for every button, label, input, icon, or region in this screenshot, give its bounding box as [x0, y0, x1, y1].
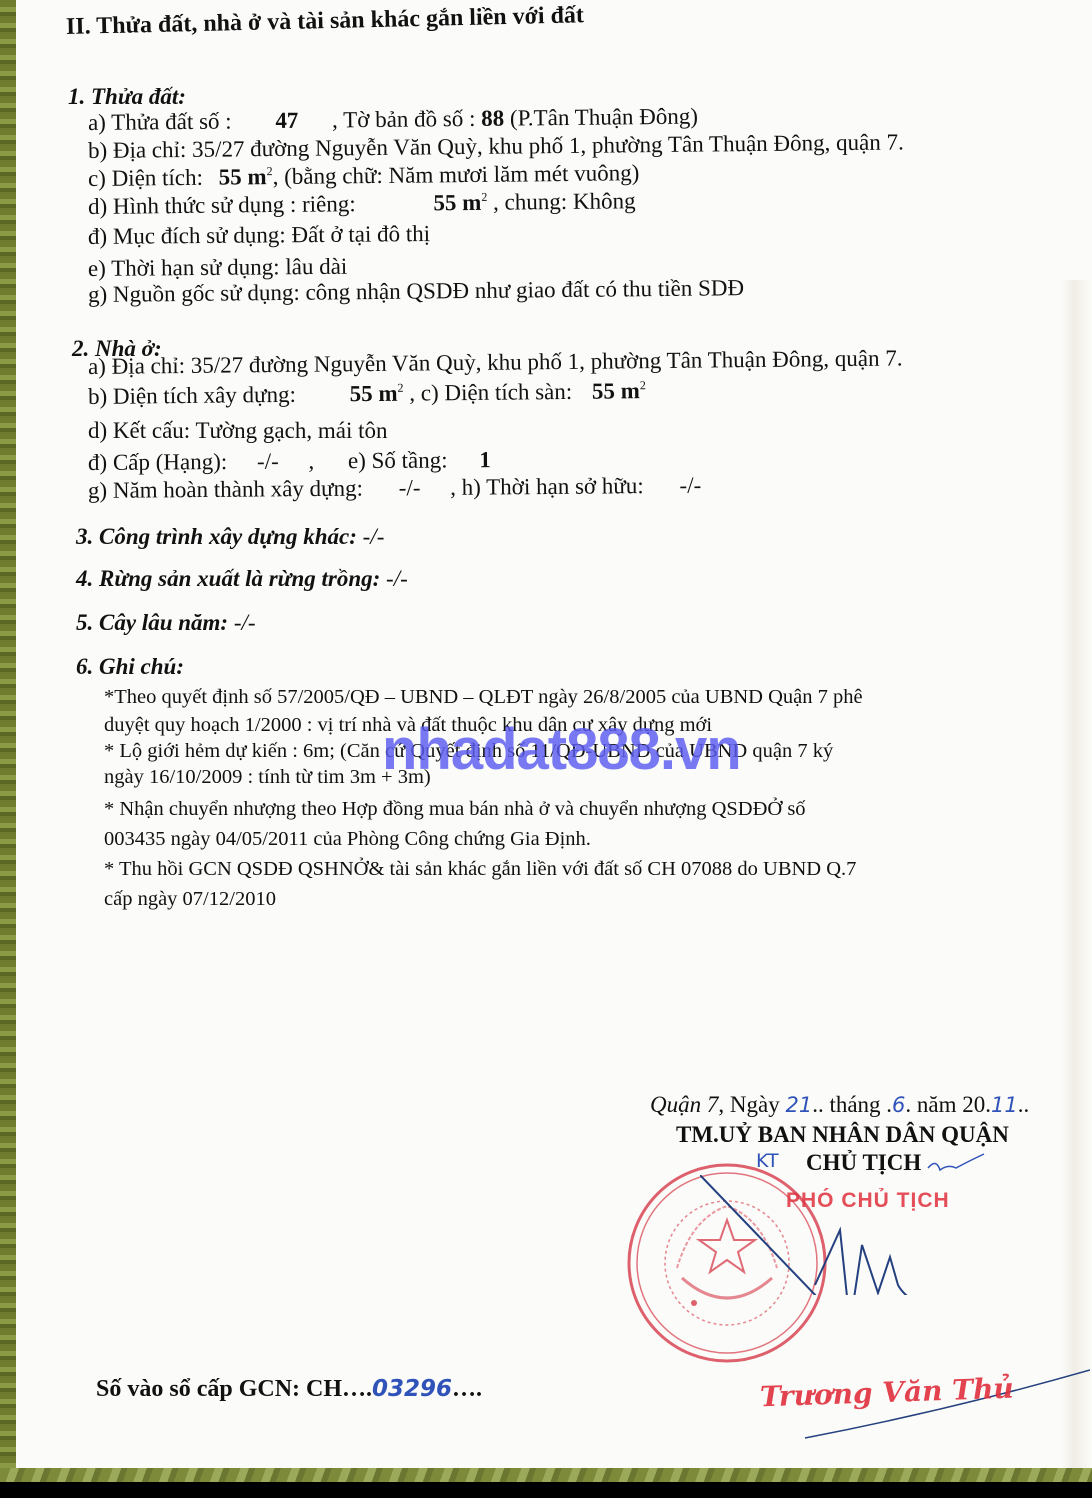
house-grade-floors: đ) Cấp (Hạng): -/- , e) Số tầng: 1 — [88, 447, 491, 476]
background-edge — [0, 0, 16, 1480]
signature-icon — [700, 1175, 1090, 1295]
background-edge — [0, 1468, 1092, 1482]
production-forest: 4. Rừng sản xuất là rừng trồng: -/- — [76, 566, 408, 592]
section-title: II. Thửa đất, nhà ở và tài sản khác gắn … — [66, 2, 584, 40]
house-completion: g) Năm hoàn thành xây dựng: -/- , h) Thờ… — [88, 473, 701, 504]
note-line: *Theo quyết định số 57/2005/QĐ – UBND – … — [104, 684, 863, 710]
signer-name: Trương Văn Thủ — [760, 1376, 1015, 1411]
watermark: nhadat888.vn — [382, 724, 741, 776]
perennial-trees: 5. Cây lâu năm: -/- — [76, 610, 256, 636]
signing-date: Quận 7, Ngày 21.. tháng .6. năm 20.11.. — [650, 1092, 1029, 1118]
land-term: e) Thời hạn sử dụng: lâu dài — [88, 254, 347, 282]
land-area: c) Diện tích: 55 m2, (bằng chữ: Năm mươi… — [88, 160, 640, 192]
other-construction: 3. Công trình xây dựng khác: -/- — [76, 524, 384, 550]
land-parcel-line: a) Thửa đất số : 47 , Tờ bản đồ số : 88 … — [88, 104, 698, 136]
paper-fold — [1062, 280, 1092, 1480]
note-line: * Thu hồi GCN QSDĐ QSHNỞ& tài sản khác g… — [104, 856, 856, 882]
house-address: a) Địa chỉ: 35/27 đường Nguyễn Văn Quỳ, … — [88, 345, 903, 380]
parcel-number: 47 — [275, 108, 298, 133]
land-origin: g) Nguồn gốc sử dụng: công nhận QSDĐ như… — [88, 275, 744, 308]
notes-heading: 6. Ghi chú: — [76, 654, 184, 680]
issuing-org: TM.UỶ BAN NHÂN DÂN QUẬN — [676, 1122, 1009, 1148]
note-line: * Nhận chuyển nhượng theo Hợp đồng mua b… — [104, 796, 806, 822]
land-purpose: đ) Mục đích sử dụng: Đất ở tại đô thị — [88, 221, 430, 250]
land-usage-form: d) Hình thức sử dụng : riêng: 55 m2 , ch… — [88, 188, 636, 220]
note-line: 003435 ngày 04/05/2011 của Phòng Công ch… — [104, 826, 591, 852]
certificate-page: II. Thửa đất, nhà ở và tài sản khác gắn … — [0, 0, 1092, 1480]
map-number: 88 — [481, 106, 504, 131]
pen-check-icon — [926, 1150, 986, 1180]
registry-number: Số vào sổ cấp GCN: CH….03296…. — [96, 1376, 482, 1402]
house-area: b) Diện tích xây dựng: 55 m2 , c) Diện t… — [88, 378, 646, 410]
house-structure: d) Kết cấu: Tường gạch, mái tôn — [88, 418, 387, 444]
land-heading: 1. Thửa đất: — [68, 84, 186, 110]
note-line: cấp ngày 07/12/2010 — [104, 886, 276, 912]
